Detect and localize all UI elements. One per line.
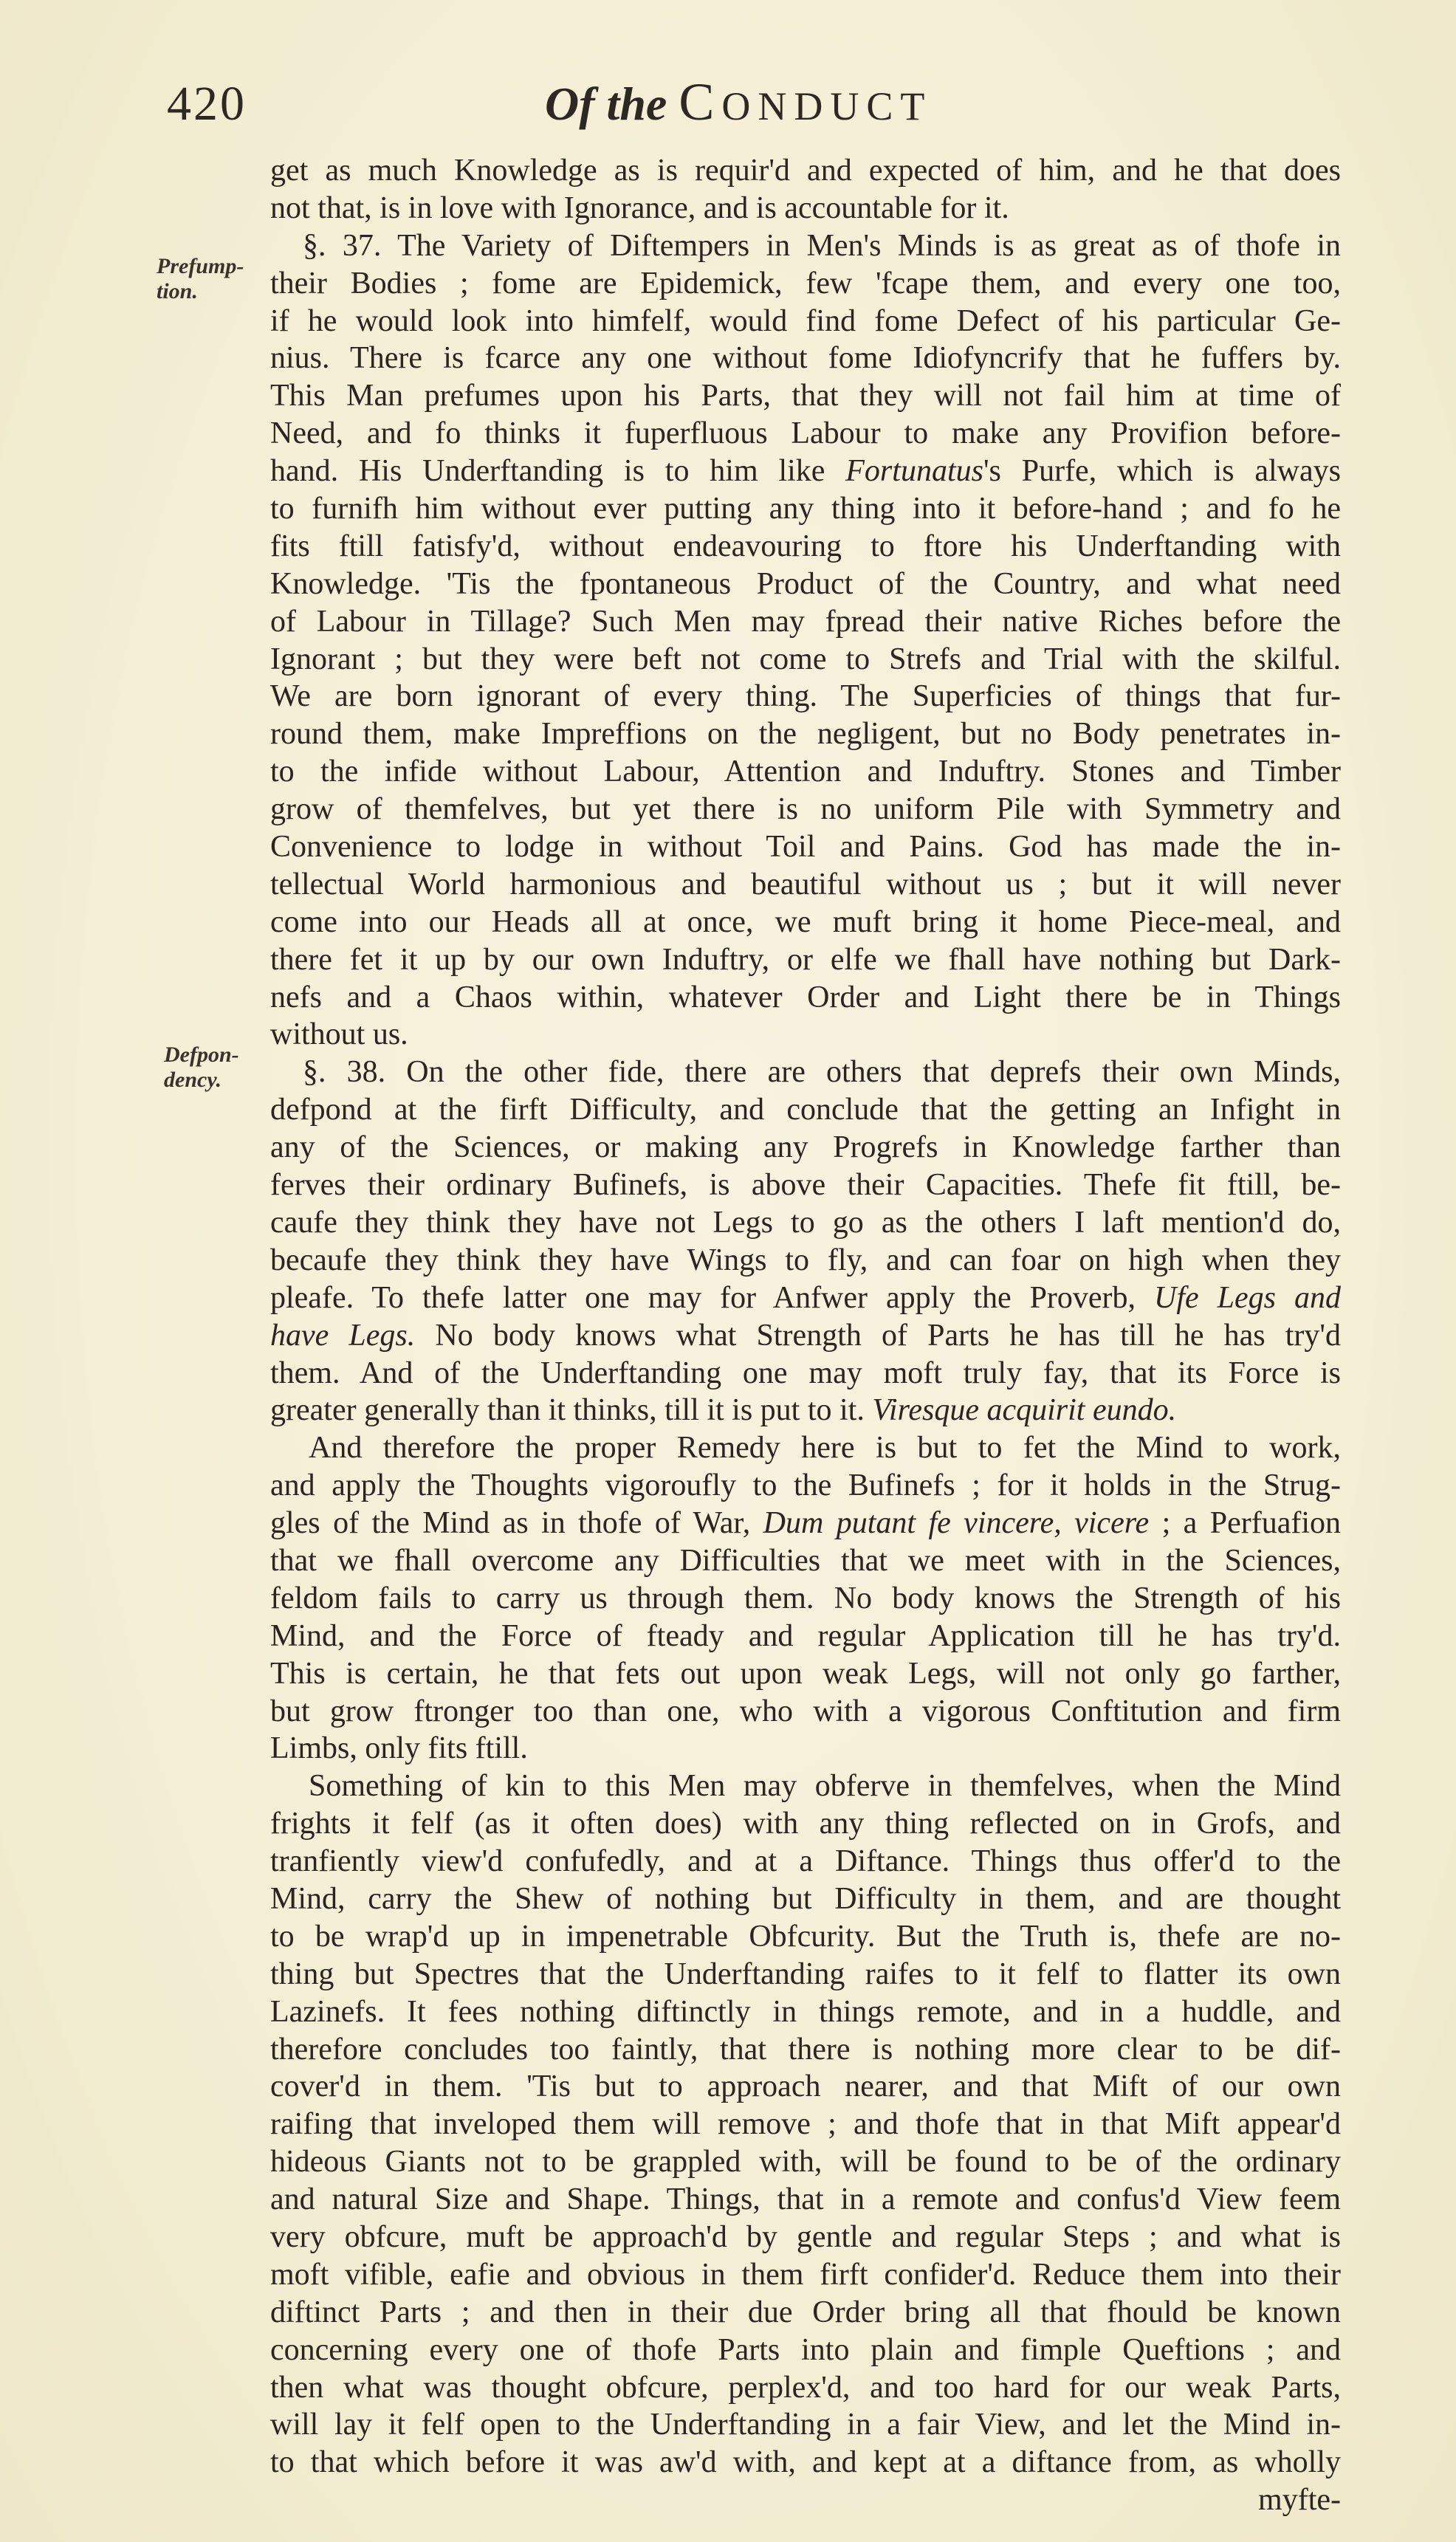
text-line: This is certain, he that fets out upon w… [270,1655,1341,1693]
page-number: 420 [167,76,247,132]
text-line: caufe they think they have not Legs to g… [270,1204,1341,1242]
paragraph-start: Something of kin to this Men may obferve… [270,1768,1341,1805]
text-line: have Legs. No body knows what Strength o… [270,1317,1341,1355]
running-title-italic: Of the [545,78,667,130]
text-line: will lay it felf open to the Underftandi… [270,2406,1341,2444]
text-line: if he would look into himfelf, would fin… [270,303,1341,340]
text-line: then what was thought obfcure, perplex'd… [270,2369,1341,2407]
text-line: there fet it up by our own Induftry, or … [270,941,1341,979]
text-line: to furnifh him without ever putting any … [270,490,1341,528]
text-line: We are born ignorant of every thing. The… [270,678,1341,715]
italic-vires: Viresque acquirit eundo. [872,1393,1176,1427]
body-text: get as much Knowledge as is requir'd and… [270,152,1341,2519]
text-line: that we fhall overcome any Difficulties … [270,1542,1341,1580]
text-line: their Bodies ; fome are Epidemick, few '… [270,265,1341,303]
text-line: to be wrap'd up in impenetrable Obfcurit… [270,1918,1341,1956]
text-line: becaufe they think they have Wings to fl… [270,1242,1341,1279]
running-title-smallcaps: CONDUCT [679,78,932,130]
text-line: nius. There is fcarce any one without fo… [270,340,1341,377]
section-38-start: §. 38. On the other fide, there are othe… [270,1054,1341,1091]
margin-note-presumption: Prefump- tion. [157,254,253,304]
text-line: hideous Giants not to be grappled with, … [270,2143,1341,2181]
text-line: Knowledge. 'Tis the fpontaneous Product … [270,566,1341,603]
book-page: 420 Of the CONDUCT Prefump- tion. Defpon… [0,0,1456,2542]
catchword: myfte- [270,2481,1341,2519]
text-line: pleafe. To thefe latter one may for Anfw… [270,1279,1341,1317]
italic-dum-putant: Dum putant fe vincere, vicere [763,1506,1150,1540]
italic-proverb-cont: have Legs. [270,1319,415,1353]
text-line: feldom fails to carry us through them. N… [270,1580,1341,1618]
text-line: not that, is in love with Ignorance, and… [270,190,1341,227]
text-line: but grow ftronger too than one, who with… [270,1693,1341,1731]
text-line: Limbs, only fits ftill. [270,1730,1341,1768]
text-line: ferves their ordinary Bufinefs, is above… [270,1167,1341,1204]
text-line: Ignorant ; but they were beft not come t… [270,641,1341,679]
text-line: concerning every one of thofe Parts into… [270,2332,1341,2369]
text-line: frights it felf (as it often does) with … [270,1805,1341,1843]
text-line: them. And of the Underftanding one may m… [270,1355,1341,1392]
text-line: gles of the Mind as in thofe of War, Dum… [270,1505,1341,1542]
text-line: moft vifible, eafie and obvious in them … [270,2256,1341,2294]
text-line: to the infide without Labour, Attention … [270,753,1341,791]
text-line: tellectual World harmonious and beautifu… [270,866,1341,904]
text-line: any of the Sciences, or making any Progr… [270,1129,1341,1167]
running-title: Of the CONDUCT [545,72,932,133]
text-line: to that which before it was aw'd with, a… [270,2444,1341,2481]
italic-fortunatus: Fortunatus [845,454,983,488]
text-line: Mind, carry the Shew of nothing but Diff… [270,1880,1341,1918]
text-line: come into our Heads all at once, we muft… [270,904,1341,941]
text-line: thing but Spectres that the Underftandin… [270,1956,1341,1993]
text-line: grow of themfelves, but yet there is no … [270,791,1341,828]
text-line: diftinct Parts ; and then in their due O… [270,2294,1341,2332]
text-line: get as much Knowledge as is requir'd and… [270,152,1341,190]
text-line: tranfiently view'd confufedly, and at a … [270,1843,1341,1880]
text-line: defpond at the firft Difficulty, and con… [270,1091,1341,1129]
text-line: and apply the Thoughts vigoroufly to the… [270,1467,1341,1505]
section-37-start: §. 37. The Variety of Diftempers in Men'… [270,227,1341,265]
italic-proverb: Ufe Legs and [1154,1281,1341,1315]
text-line: Mind, and the Force of fteady and regula… [270,1618,1341,1655]
text-line: nefs and a Chaos within, whatever Order … [270,979,1341,1017]
text-line: Need, and fo thinks it fuperfluous Labou… [270,415,1341,453]
text-line: without us. [270,1016,1341,1054]
text-line: of Labour in Tillage? Such Men may fprea… [270,603,1341,641]
paragraph-start: And therefore the proper Remedy here is … [270,1429,1341,1467]
running-head: 420 Of the CONDUCT [0,70,1456,137]
text-line: Lazinefs. It fees nothing diftinctly in … [270,1993,1341,2031]
text-line: hand. His Underftanding is to him like F… [270,453,1341,490]
text-line: greater generally than it thinks, till i… [270,1392,1341,1429]
text-line: Convenience to lodge in without Toil and… [270,828,1341,866]
text-line: This Man prefumes upon his Parts, that t… [270,377,1341,415]
text-line: cover'd in them. 'Tis but to approach ne… [270,2068,1341,2106]
text-line: fits ftill fatisfy'd, without endeavouri… [270,528,1341,566]
text-line: and natural Size and Shape. Things, that… [270,2181,1341,2219]
text-line: very obfcure, muft be approach'd by gent… [270,2219,1341,2256]
text-line: therefore concludes too faintly, that th… [270,2031,1341,2069]
text-line: raifing that inveloped them will remove … [270,2106,1341,2143]
text-line: round them, make Impreffions on the negl… [270,715,1341,753]
margin-note-despondency: Defpon- dency. [164,1042,260,1093]
